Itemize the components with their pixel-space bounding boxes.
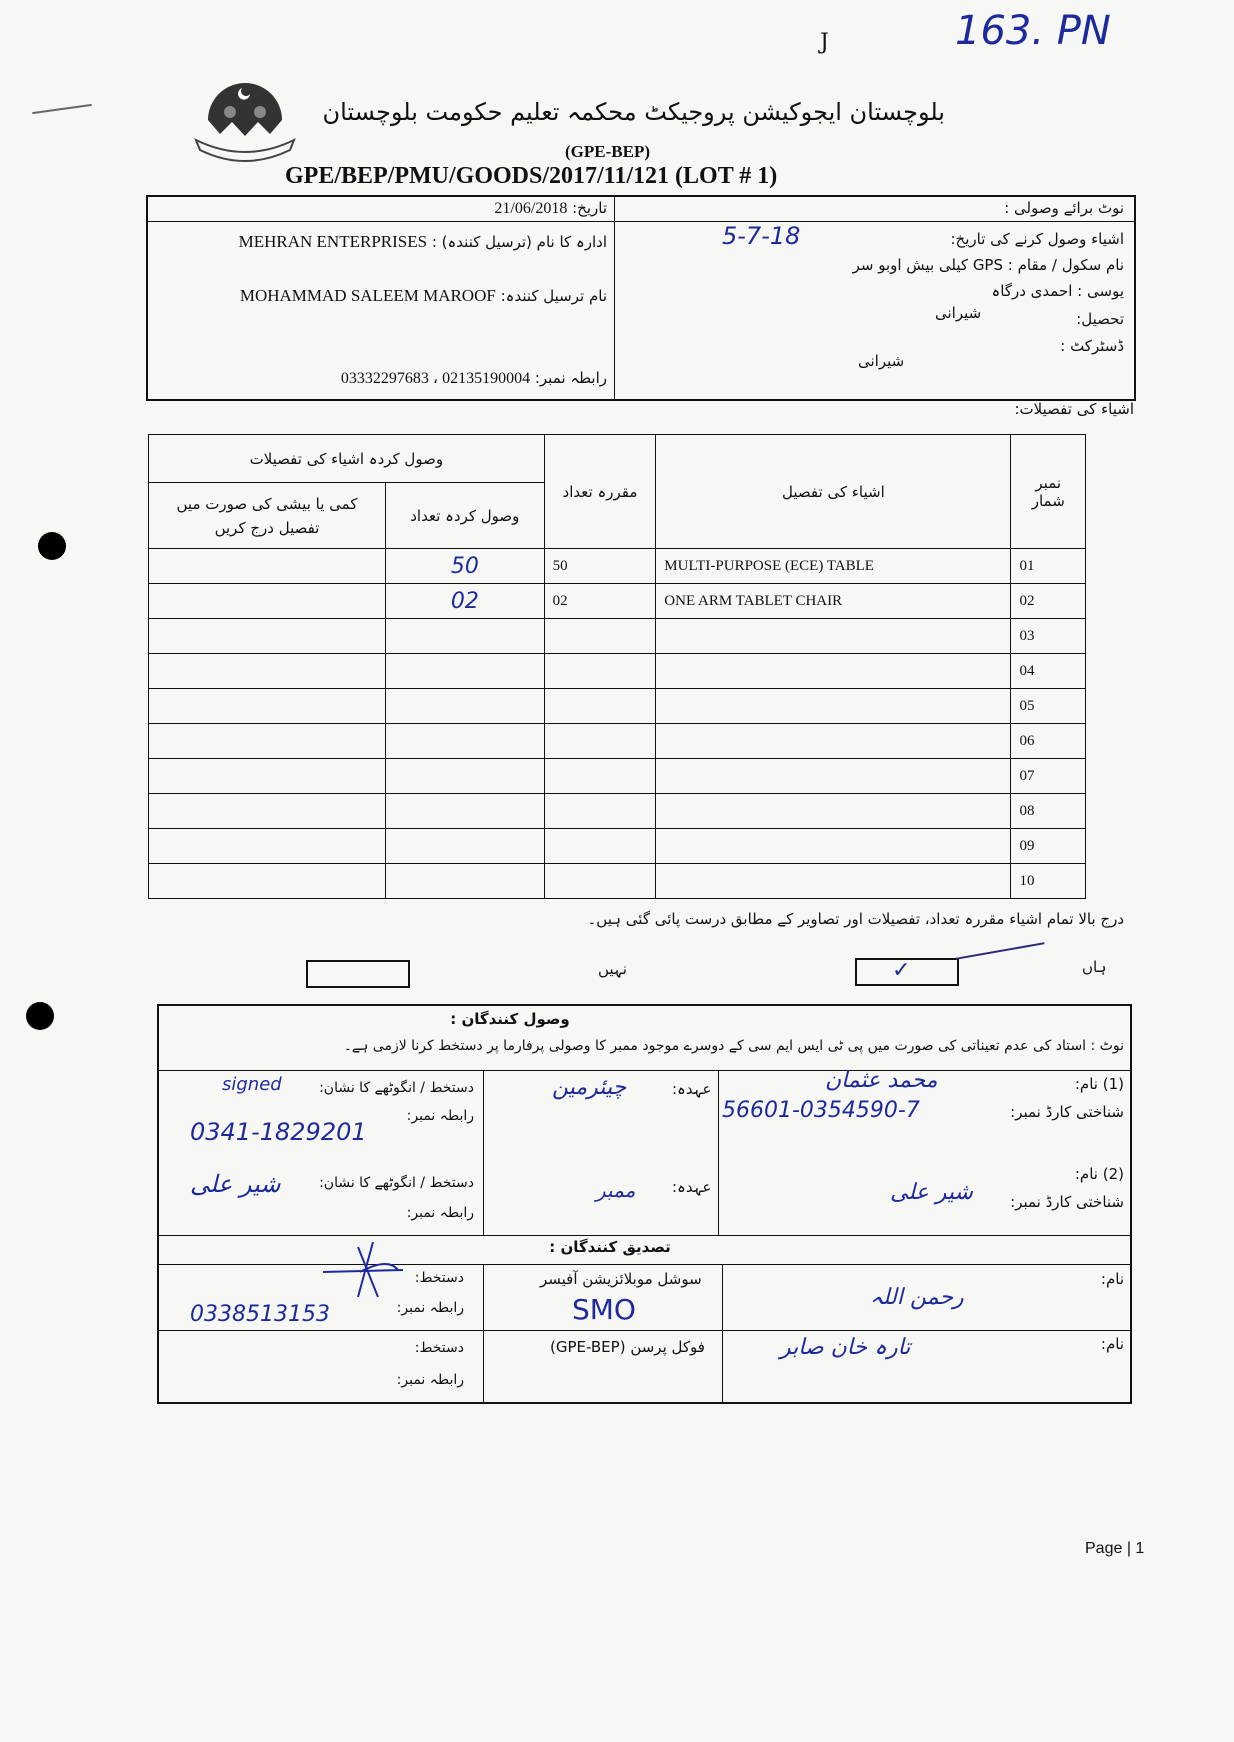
cell-fixed-qty [544,619,656,654]
district-label: ڈسٹرکٹ : [1060,337,1124,355]
uc-row: یوسی : احمدی درگاہ [991,282,1124,300]
yes-checkbox[interactable]: ✓ [855,958,959,986]
receiver-1-designation-value: چیئرمین [552,1075,626,1100]
contact-value: 02135190004 ، 03332297683 [341,370,530,387]
receivers-note: نوٹ : استاد کی عدم تعیناتی کی صورت میں پ… [344,1038,1124,1054]
verifiers-col-1 [483,1264,484,1404]
cell-fixed-qty [544,794,656,829]
supplier-date-row: تاریخ: 21/06/2018 [494,199,607,218]
verifier-1-contact-label: رابطہ نمبر: [397,1300,464,1316]
cell-description: ONE ARM TABLET CHAIR [656,584,1011,619]
header-subtitle: (GPE-BEP) [565,142,650,162]
cell-received-qty[interactable] [386,619,545,654]
verifiers-col-2 [722,1264,723,1404]
school-label: نام سکول / مقام : [1008,256,1124,274]
yes-check-mark: ✓ [892,958,910,983]
cell-received-qty[interactable] [386,864,545,899]
receivers-rule-top [157,1070,1132,1071]
school-value: GPS کیلی بیش اوبو سر [853,256,1003,274]
receiver-2-cnic-label: شناختی کارڈ نمبر: [1010,1193,1124,1211]
receivers-rule-bottom [157,1235,1132,1236]
cell-received-qty[interactable]: 50 [386,549,545,584]
tehsil-value: شیرانی [935,304,981,322]
cell-received-qty[interactable] [386,724,545,759]
cell-shortage[interactable] [149,759,386,794]
receiver-1-name-label: (1) نام: [1075,1075,1124,1093]
receiver-2-name-value: شیر علی [890,1180,973,1205]
sender-value: MOHAMMAD SALEEM MAROOF [240,286,496,305]
header-urdu-title: بلوچستان ایجوکیشن پروجیکٹ محکمہ تعلیم حک… [345,98,945,126]
cell-shortage[interactable] [149,654,386,689]
cell-serial: 02 [1011,584,1086,619]
yes-label: ہاں [1082,958,1106,976]
handwritten-file-number: 163. PN [955,8,1111,54]
cell-received-qty[interactable]: 02 [386,584,545,619]
cell-fixed-qty [544,829,656,864]
receiver-1-cnic-label: شناختی کارڈ نمبر: [1010,1103,1124,1121]
table-row: 09 [149,829,1086,864]
balochistan-govt-emblem-icon [190,72,300,162]
cell-received-qty[interactable] [386,829,545,864]
cell-received-qty[interactable] [386,654,545,689]
cell-description [656,759,1011,794]
receiver-2-contact-label: رابطہ نمبر: [407,1205,474,1221]
cell-description [656,654,1011,689]
receiver-2-name-label: (2) نام: [1075,1165,1124,1183]
table-header-row: وصول کردہ اشیاء کی تفصیلات مقررہ تعداد ا… [149,435,1086,483]
info-divider [614,195,615,401]
uc-label: یوسی : [1077,282,1124,300]
verifiers-rule [157,1264,1132,1265]
header-received-group: وصول کردہ اشیاء کی تفصیلات [149,435,545,483]
verifier-2-signature-label: دستخط: [415,1340,464,1356]
scan-streak [32,104,92,114]
cell-fixed-qty [544,654,656,689]
table-row: 03 [149,619,1086,654]
verifier-1-contact-value: 0338513153 [190,1302,330,1327]
header-received-qty: وصول کردہ تعداد [386,483,545,549]
header-fixed-qty: مقررہ تعداد [544,435,656,549]
verifier-1-designation: سوشل موبلائزیشن آفیسر [540,1270,702,1288]
verifier-2-designation: فوکل پرسن (GPE-BEP) [550,1338,705,1356]
cell-fixed-qty [544,864,656,899]
district-value: شیرانی [858,352,904,370]
receiver-1-designation-label: عہدہ: [672,1080,711,1098]
cell-received-qty[interactable] [386,689,545,724]
header-description: اشیاء کی تفصیل [656,435,1011,549]
cell-shortage[interactable] [149,794,386,829]
company-label: ادارہ کا نام (ترسیل کنندہ) : [432,233,607,251]
verifier-1-designation-handwritten: SMO [572,1293,636,1326]
uc-value: احمدی درگاہ [991,282,1072,300]
receiver-1-cnic-value: 56601-0354590-7 [722,1098,920,1123]
table-row: 07 [149,759,1086,794]
cell-description [656,794,1011,829]
verifier-1-name-label: نام: [1101,1270,1124,1288]
cell-fixed-qty: 50 [544,549,656,584]
cell-shortage[interactable] [149,689,386,724]
cell-shortage[interactable] [149,584,386,619]
table-row: 02 02 ONE ARM TABLET CHAIR 02 [149,584,1086,619]
verifier-1-signature-label: دستخط: [415,1270,464,1286]
header-reference: GPE/BEP/PMU/GOODS/2017/11/121 (LOT # 1) [285,163,777,190]
cell-serial: 09 [1011,829,1086,864]
receivers-col-2 [718,1070,719,1235]
receiver-1-signature-label: دستخط / انگوٹھے کا نشان: [319,1080,474,1096]
table-row: 50 50 MULTI-PURPOSE (ECE) TABLE 01 [149,549,1086,584]
supplier-contact-row: رابطہ نمبر: 02135190004 ، 03332297683 [341,368,607,388]
company-value: MEHRAN ENTERPRISES [239,232,427,251]
date-label: تاریخ: [572,199,607,217]
contact-label: رابطہ نمبر: [535,369,607,387]
cell-description [656,689,1011,724]
receiver-2-designation-label: عہدہ: [672,1178,711,1196]
confirmation-statement: درج بالا تمام اشیاء مقررہ تعداد، تفصیلات… [588,910,1124,928]
cell-shortage[interactable] [149,864,386,899]
table-row: 08 [149,794,1086,829]
cell-serial: 06 [1011,724,1086,759]
cell-fixed-qty [544,689,656,724]
table-row: 05 [149,689,1086,724]
cell-serial: 04 [1011,654,1086,689]
cell-received-qty[interactable] [386,794,545,829]
cell-description [656,829,1011,864]
table-row: 10 [149,864,1086,899]
tehsil-label: تحصیل: [1076,310,1124,328]
cell-received-qty[interactable] [386,759,545,794]
verifier-2-name-label: نام: [1101,1335,1124,1353]
no-label: نہیں [598,960,627,978]
receiver-1-contact-label: رابطہ نمبر: [407,1108,474,1124]
cell-shortage[interactable] [149,619,386,654]
table-row: 04 [149,654,1086,689]
receiver-1-signature: signed [222,1074,282,1095]
receiver-1-contact-value: 0341-1829201 [190,1118,367,1146]
items-section-label: اشیاء کی تفصیلات: [1015,400,1135,418]
scan-mark: J [820,30,829,55]
header-serial: نمبر شمار [1011,435,1086,549]
supplier-sender-row: نام ترسیل کنندہ: MOHAMMAD SALEEM MAROOF [240,286,607,306]
receiver-1-name-value: محمد عثمان [825,1068,938,1093]
receiver-2-signature-label: دستخط / انگوٹھے کا نشان: [319,1175,474,1191]
receipt-date-label: اشیاء وصول کرنے کی تاریخ: [950,230,1124,248]
receivers-col-1 [483,1070,484,1235]
info-header-rule [146,221,1136,222]
supplier-company-row: ادارہ کا نام (ترسیل کنندہ) : MEHRAN ENTE… [239,232,607,252]
cell-serial: 05 [1011,689,1086,724]
cell-shortage[interactable] [149,829,386,864]
cell-fixed-qty: 02 [544,584,656,619]
cell-serial: 10 [1011,864,1086,899]
cell-description [656,864,1011,899]
receipt-note-label: نوٹ برائے وصولی : [1004,199,1124,217]
cell-fixed-qty [544,759,656,794]
cell-fixed-qty [544,724,656,759]
verifiers-title: تصدیق کنندگان : [0,1238,1220,1256]
cell-description [656,724,1011,759]
cell-description: MULTI-PURPOSE (ECE) TABLE [656,549,1011,584]
cell-serial: 07 [1011,759,1086,794]
punch-hole-top [38,532,66,560]
receivers-title: وصول کنندگان : [0,1010,1020,1028]
cell-serial: 08 [1011,794,1086,829]
verifier-1-name-value: رحمن اللہ [870,1285,964,1310]
school-row: نام سکول / مقام : GPS کیلی بیش اوبو سر [853,256,1124,274]
cell-shortage[interactable] [149,724,386,759]
date-value: 21/06/2018 [494,200,567,217]
cell-serial: 01 [1011,549,1086,584]
header-shortage-details: کمی یا بیشی کی صورت میں تفصیل درج کریں [149,483,386,549]
items-table: وصول کردہ اشیاء کی تفصیلات مقررہ تعداد ا… [148,434,1086,899]
verifier-2-name-value: تارہ خان صابر [780,1335,910,1360]
table-row: 06 [149,724,1086,759]
verifier-2-contact-label: رابطہ نمبر: [397,1372,464,1388]
page-number: Page | 1 [1085,1540,1144,1558]
verifiers-row-rule [157,1330,1132,1331]
sender-label: نام ترسیل کنندہ: [501,287,607,305]
receiver-2-designation-value: ممبر [596,1178,635,1202]
receipt-date-value: 5-7-18 [722,222,800,250]
cell-serial: 03 [1011,619,1086,654]
cell-shortage[interactable] [149,549,386,584]
receiver-2-signature: شیر علی [190,1170,281,1198]
check-stroke [956,942,1045,959]
verifier-1-signature [318,1242,408,1302]
no-checkbox[interactable] [306,960,410,988]
cell-description [656,619,1011,654]
